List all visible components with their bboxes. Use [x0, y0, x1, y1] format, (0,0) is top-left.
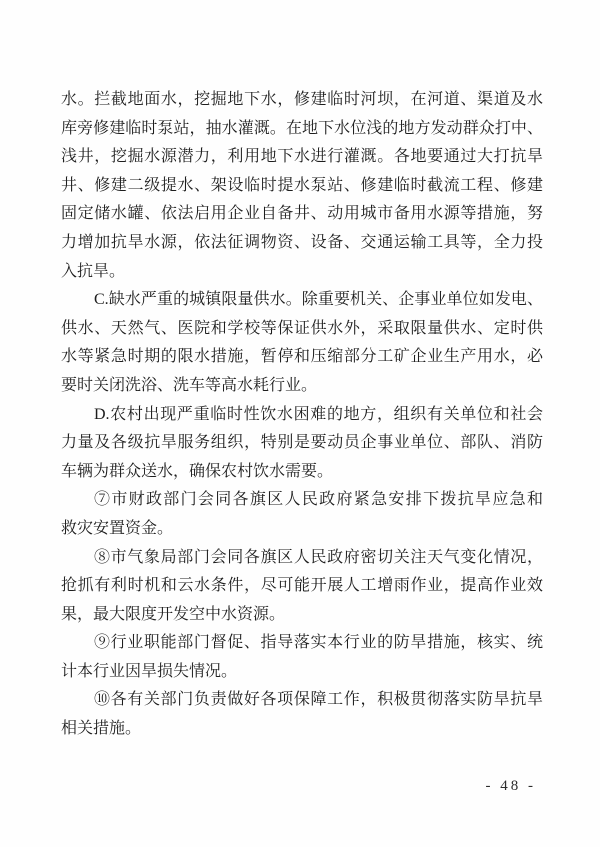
text-line: 库旁修建临时泵站，抽水灌溉。在地下水位浅的地方发动群众打中、 [61, 115, 543, 144]
text-line: 水。拦截地面水，挖掘地下水，修建临时河坝，在河道、渠道及水 [61, 86, 543, 115]
text-line: ⑩各有关部门负责做好各项保障工作，积极贯彻落实防旱抗旱 [61, 686, 543, 715]
text-line: D.农村出现严重临时性饮水困难的地方，组织有关单位和社会 [61, 401, 543, 430]
text-line: 水等紧急时期的限水措施，暂停和压缩部分工矿企业生产用水，必 [61, 343, 543, 372]
text-line: 浅井，挖掘水源潜力，利用地下水进行灌溉。各地要通过大打抗旱 [61, 143, 543, 172]
text-line: ⑦市财政部门会同各旗区人民政府紧急安排下拨抗旱应急和 [61, 486, 543, 515]
text-line: C.缺水严重的城镇限量供水。除重要机关、企事业单位如发电、 [61, 286, 543, 315]
text-line: 抢抓有利时机和云水条件，尽可能开展人工增雨作业，提高作业效 [61, 572, 543, 601]
text-line: 救灾安置资金。 [61, 515, 543, 544]
text-line: 要时关闭洗浴、洗车等高水耗行业。 [61, 372, 543, 401]
text-line: ⑨行业职能部门督促、指导落实本行业的防旱措施，核实、统 [61, 629, 543, 658]
paragraph: D.农村出现严重临时性饮水困难的地方，组织有关单位和社会力量及各级抗旱服务组织，… [61, 401, 543, 487]
page-number: - 48 - [486, 778, 537, 795]
document-page: 水。拦截地面水，挖掘地下水，修建临时河坝，在河道、渠道及水库旁修建临时泵站，抽水… [0, 0, 600, 847]
paragraph: ⑨行业职能部门督促、指导落实本行业的防旱措施，核实、统计本行业因旱损失情况。 [61, 629, 543, 686]
paragraph: C.缺水严重的城镇限量供水。除重要机关、企事业单位如发电、供水、天然气、医院和学… [61, 286, 543, 400]
text-line: 入抗旱。 [61, 258, 543, 287]
text-line: 固定储水罐、依法启用企业自备井、动用城市备用水源等措施，努 [61, 200, 543, 229]
document-body: 水。拦截地面水，挖掘地下水，修建临时河坝，在河道、渠道及水库旁修建临时泵站，抽水… [61, 86, 543, 744]
text-line: 车辆为群众送水，确保农村饮水需要。 [61, 458, 543, 487]
text-line: 供水、天然气、医院和学校等保证供水外，采取限量供水、定时供 [61, 315, 543, 344]
text-line: ⑧市气象局部门会同各旗区人民政府密切关注天气变化情况， [61, 544, 543, 573]
paragraph: ⑦市财政部门会同各旗区人民政府紧急安排下拨抗旱应急和救灾安置资金。 [61, 486, 543, 543]
text-line: 相关措施。 [61, 715, 543, 744]
text-line: 力量及各级抗旱服务组织，特别是要动员企事业单位、部队、消防 [61, 429, 543, 458]
paragraph: ⑩各有关部门负责做好各项保障工作，积极贯彻落实防旱抗旱相关措施。 [61, 686, 543, 743]
text-line: 果，最大限度开发空中水资源。 [61, 601, 543, 630]
paragraph: 水。拦截地面水，挖掘地下水，修建临时河坝，在河道、渠道及水库旁修建临时泵站，抽水… [61, 86, 543, 286]
text-line: 力增加抗旱水源，依法征调物资、设备、交通运输工具等，全力投 [61, 229, 543, 258]
paragraph: ⑧市气象局部门会同各旗区人民政府密切关注天气变化情况，抢抓有利时机和云水条件，尽… [61, 544, 543, 630]
text-line: 计本行业因旱损失情况。 [61, 658, 543, 687]
text-line: 井、修建二级提水、架设临时提水泵站、修建临时截流工程、修建 [61, 172, 543, 201]
